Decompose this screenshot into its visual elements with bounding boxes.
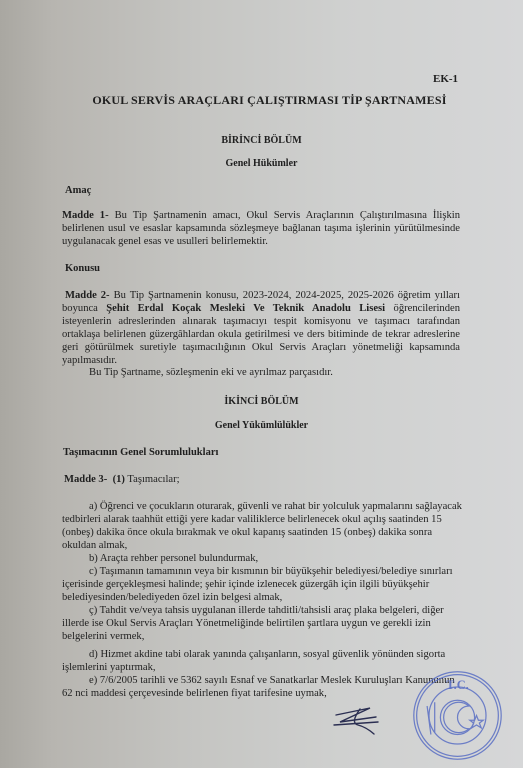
item-e-line-2: 62 nci maddesi çerçevesinde belirlenen f… (62, 687, 460, 701)
part-2-subtitle: Genel Yükümlülükler (0, 419, 523, 433)
item-a-line-4: okuldan almak, (62, 539, 460, 553)
item-a-line-1: a) Öğrenci ve çocukların oturarak, güven… (62, 500, 460, 514)
item-a-line-3: (onbeş) dakika önce okula bırakmak ve ok… (62, 526, 460, 540)
article-2-text: Bu Tip Şartnamenin konusu, 2023-2024, 20… (114, 290, 460, 301)
item-b-line-1: b) Araçta rehber personel bulundurmak, (62, 552, 460, 566)
article-2-line-2: boyunca Şehit Erdal Koçak Mesleki Ve Tek… (62, 302, 460, 316)
item-c-line-3: belediyesinden/belediyeden özel izin bel… (62, 591, 460, 605)
part-1-title: BİRİNCİ BÖLÜM (0, 134, 523, 148)
article-1-text: Bu Tip Şartnamenin amacı, Okul Servis Ar… (115, 210, 460, 221)
item-e-line-1: e) 7/6/2005 tarihli ve 5362 sayılı Esnaf… (62, 674, 460, 688)
official-stamp-icon: T.C. (410, 668, 505, 763)
part-1-subtitle: Genel Hükümler (0, 157, 523, 171)
item-c-line-1: c) Taşımanın tamamının veya bir kısmının… (62, 565, 460, 579)
article-2-prefix: boyunca (62, 303, 98, 314)
article-1-label: Madde 1- (62, 210, 109, 221)
annex-label: EK-1 (433, 73, 458, 87)
part-2-heading: Taşımacının Genel Sorumlulukları (63, 446, 218, 460)
item-a-line-2: tedbirleri alarak taahhüt ettiği yere ka… (62, 513, 460, 527)
article-2-closing: Bu Tip Şartname, sözleşmenin eki ve ayrı… (62, 366, 460, 380)
item-c-line-2: içerisinde gerçekleşmesi halinde; şehir … (62, 578, 460, 592)
article-3-label: Madde 3- (64, 474, 107, 485)
article-2-heading: Konusu (65, 262, 100, 276)
part-2-title: İKİNCİ BÖLÜM (0, 395, 523, 409)
item-cc-line-1: ç) Tahdit ve/veya tahsis uygulanan iller… (62, 604, 460, 618)
article-3-line: Madde 3- (1) Taşımacılar; (64, 473, 180, 487)
article-2-line-4: ortaklaşa belirlenen güzergâhlardan okul… (62, 328, 460, 342)
document-title: OKUL SERVİS ARAÇLARI ÇALIŞTIRMASI TİP ŞA… (8, 94, 523, 108)
signature-mark (332, 703, 382, 735)
article-2-line-1: Madde 2- Bu Tip Şartnamenin konusu, 2023… (65, 289, 460, 303)
school-name: Şehit Erdal Koçak Mesleki Ve Teknik Anad… (106, 303, 385, 314)
article-1-line-1: Madde 1- Bu Tip Şartnamenin amacı, Okul … (62, 209, 460, 223)
article-1-heading: Amaç (65, 184, 91, 198)
article-3-clause: (1) (113, 474, 125, 485)
item-d-line-2: işlemlerini yaptırmak, (62, 661, 460, 675)
article-1-line-2: belirlenen usul ve esaslar kapsamında sö… (62, 222, 460, 236)
article-2-line-3: isteyenlerin adreslerinden alınarak taşı… (62, 315, 460, 329)
item-d-line-1: d) Hizmet akdine tabi olarak yanında çal… (62, 648, 460, 662)
article-2-line-5: geri götürülmek suretiyle taşımacılığını… (62, 341, 460, 355)
item-cc-line-3: belgelerini vermek, (62, 630, 460, 644)
article-2-label: Madde 2- (65, 290, 110, 301)
item-cc-line-2: illerde ise Okul Servis Araçları Yönetme… (62, 617, 460, 631)
article-2-suffix: öğrencilerinden (394, 303, 460, 314)
document-page: EK-1 OKUL SERVİS ARAÇLARI ÇALIŞTIRMASI T… (0, 0, 523, 768)
svg-text:T.C.: T.C. (446, 678, 468, 692)
article-1-line-3: uygulanacak genel esas ve usulleri belir… (62, 235, 460, 249)
article-3-intro: Taşımacılar; (127, 474, 179, 485)
